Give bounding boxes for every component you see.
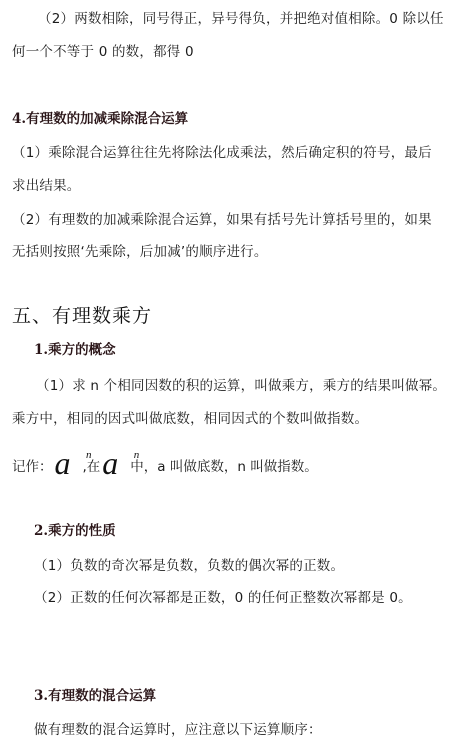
chapter-title: 五、有理数乘方 — [12, 303, 152, 329]
power-base-2: a — [102, 448, 118, 478]
division-rule-line-1: （2）两数相除，同号得正，异号得负，并把绝对值相除。0 除以任 — [38, 9, 444, 29]
mixed-ops-item2-line-2: 无括则按照‘先乘除，后加减’的顺序进行。 — [12, 242, 268, 262]
notation-suffix: 中，a 叫做底数，n 叫做指数。 — [130, 452, 317, 482]
division-rule-line-2: 何一个不等于 0 的数，都得 0 — [12, 42, 194, 62]
power-base: a — [55, 448, 71, 478]
notation-prefix: 记作： — [12, 452, 53, 482]
properties-heading: 2.乘方的性质 — [34, 521, 116, 541]
power-exponent: n — [86, 440, 92, 470]
properties-item1: （1）负数的奇次幂是负数，负数的偶次幂的正数。 — [34, 556, 344, 576]
mixed-ops-item1-line-2: 求出结果。 — [12, 176, 81, 196]
power-expression-2: a n — [100, 448, 130, 485]
mixed-ops-item2-line-1: （2）有理数的加减乘除混合运算，如果有括号先计算括号里的，如果 — [12, 210, 432, 230]
concept-item1-line-2: 乘方中，相同的因式叫做底数，相同因式的个数叫做指数。 — [12, 409, 368, 429]
mixed-ops-heading: 3.有理数的混合运算 — [34, 686, 156, 706]
power-expression: a n — [53, 448, 83, 485]
properties-item2: （2）正数的任何次幂都是正数，0 的任何正整数次幂都是 0。 — [34, 588, 412, 608]
concept-item1-line-1: （1）求 n 个相同因数的积的运算，叫做乘方，乘方的结果叫做幂。 — [36, 376, 446, 396]
notation-line: 记作： a n ,在 a n 中，a 叫做底数，n 叫做指数。 — [12, 448, 318, 485]
mixed-ops-intro: 做有理数的混合运算时，应注意以下运算顺序： — [34, 720, 322, 740]
power-exponent-2: n — [134, 440, 140, 470]
mixed-ops-item1-line-1: （1）乘除混合运算往往先将除法化成乘法，然后确定积的符号，最后 — [12, 143, 432, 163]
concept-heading: 1.乘方的概念 — [34, 340, 116, 360]
mixed-operations-heading: 4.有理数的加减乘除混合运算 — [12, 109, 188, 129]
